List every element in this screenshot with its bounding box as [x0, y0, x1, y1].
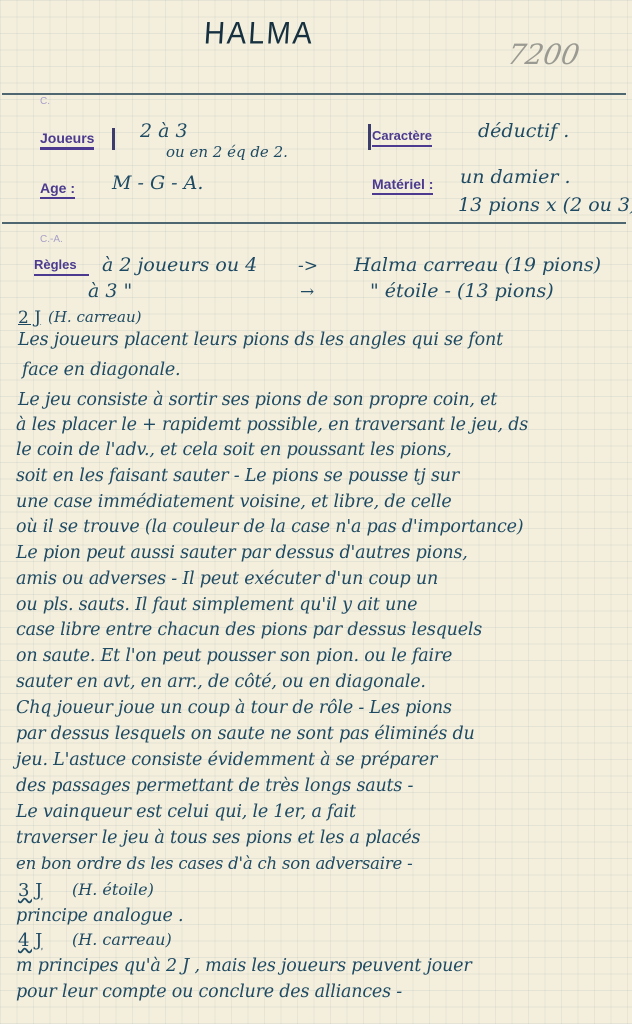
rule-line: amis ou adverses - Il peut exécuter d'un…	[16, 569, 632, 589]
section-3j-heading: 3 J	[18, 880, 42, 901]
rule-line: face en diagonale.	[22, 360, 632, 380]
rule-line: en bon ordre ds les cases d'à ch son adv…	[16, 854, 632, 873]
section-2j-heading: 2 J	[18, 308, 41, 328]
rule-line: des passages permettant de très longs sa…	[16, 776, 632, 796]
section-3j-subheading: (H. étoile)	[72, 880, 154, 899]
rule-line: Le pion peut aussi sauter par dessus d'a…	[16, 543, 632, 563]
joueurs-label: Joueurs	[40, 130, 94, 150]
rule-line: pour leur compte ou conclure des allianc…	[16, 982, 632, 1002]
materiel-label: Matériel :	[372, 176, 433, 195]
age-value: M - G - A.	[112, 172, 203, 194]
joueurs-value: 2 à 3	[140, 120, 188, 142]
caractere-label: Caractère	[372, 128, 432, 147]
rules-intro-arrow-1: ->	[298, 256, 318, 276]
rules-intro-arrow-2: →	[300, 282, 314, 302]
rule-line: où il se trouve (la couleur de la case n…	[16, 517, 632, 537]
rule-line: ou pls. sauts. Il faut simplement qu'il …	[16, 595, 632, 615]
index-card: HALMA 7200 C. Joueurs 2 à 3 ou en 2 éq d…	[0, 0, 632, 1024]
rules-intro-right-1: Halma carreau (19 pions)	[354, 254, 601, 276]
header-divider	[2, 93, 626, 95]
regles-label: Règles	[34, 257, 89, 276]
rule-line: on saute. Et l'on peut pousser son pion.…	[16, 646, 632, 666]
joueurs-note: ou en 2 éq de 2.	[166, 143, 288, 161]
stamp-bracket	[368, 124, 371, 150]
rule-line: une case immédiatement voisine, et libre…	[16, 492, 632, 512]
catalog-number: 7200	[505, 38, 582, 71]
section-2j-subheading: (H. carreau)	[48, 308, 142, 326]
section-4j-subheading: (H. carreau)	[72, 930, 172, 949]
section-4j-heading: 4 J	[18, 930, 42, 951]
caractere-value: déductif .	[478, 120, 569, 142]
card-title: HALMA	[203, 17, 315, 53]
age-label: Age :	[40, 180, 75, 199]
faint-stamp-mark: C.-A.	[40, 234, 63, 245]
fields-divider	[2, 222, 626, 224]
rules-intro-left-2: à 3 "	[88, 280, 132, 302]
rule-line: traverser le jeu à tous ses pions et les…	[16, 828, 632, 848]
stamp-bracket	[112, 128, 115, 150]
rule-line: Le jeu consiste à sortir ses pions de so…	[18, 390, 632, 410]
rule-line: Les joueurs placent leurs pions ds les a…	[18, 330, 632, 350]
rule-line: case libre entre chacun des pions par de…	[16, 620, 632, 640]
faint-stamp-mark: C.	[40, 96, 50, 107]
rule-line: sauter en avt, en arr., de côté, ou en d…	[16, 672, 632, 692]
rule-line: par dessus lesquels on saute ne sont pas…	[16, 724, 632, 744]
rule-line: soit en les faisant sauter - Le pions se…	[16, 466, 632, 486]
rule-line: m principes qu'à 2 J , mais les joueurs …	[16, 956, 632, 976]
rule-line: jeu. L'astuce consiste évidemment à se p…	[16, 750, 632, 770]
rules-intro-right-2: " étoile - (13 pions)	[370, 280, 554, 302]
materiel-value-line2: 13 pions x (2 ou 3)	[458, 194, 632, 216]
rule-line: à les placer le + rapidemt possible, en …	[16, 415, 632, 435]
rule-line: Le vainqueur est celui qui, le 1er, a fa…	[16, 802, 632, 822]
rule-line: Chq joueur joue un coup à tour de rôle -…	[16, 698, 632, 718]
rule-line: principe analogue .	[16, 906, 632, 926]
materiel-value-line1: un damier .	[460, 166, 571, 188]
rule-line: le coin de l'adv., et cela soit en pouss…	[16, 440, 632, 460]
rules-intro-left-1: à 2 joueurs ou 4	[102, 254, 257, 276]
